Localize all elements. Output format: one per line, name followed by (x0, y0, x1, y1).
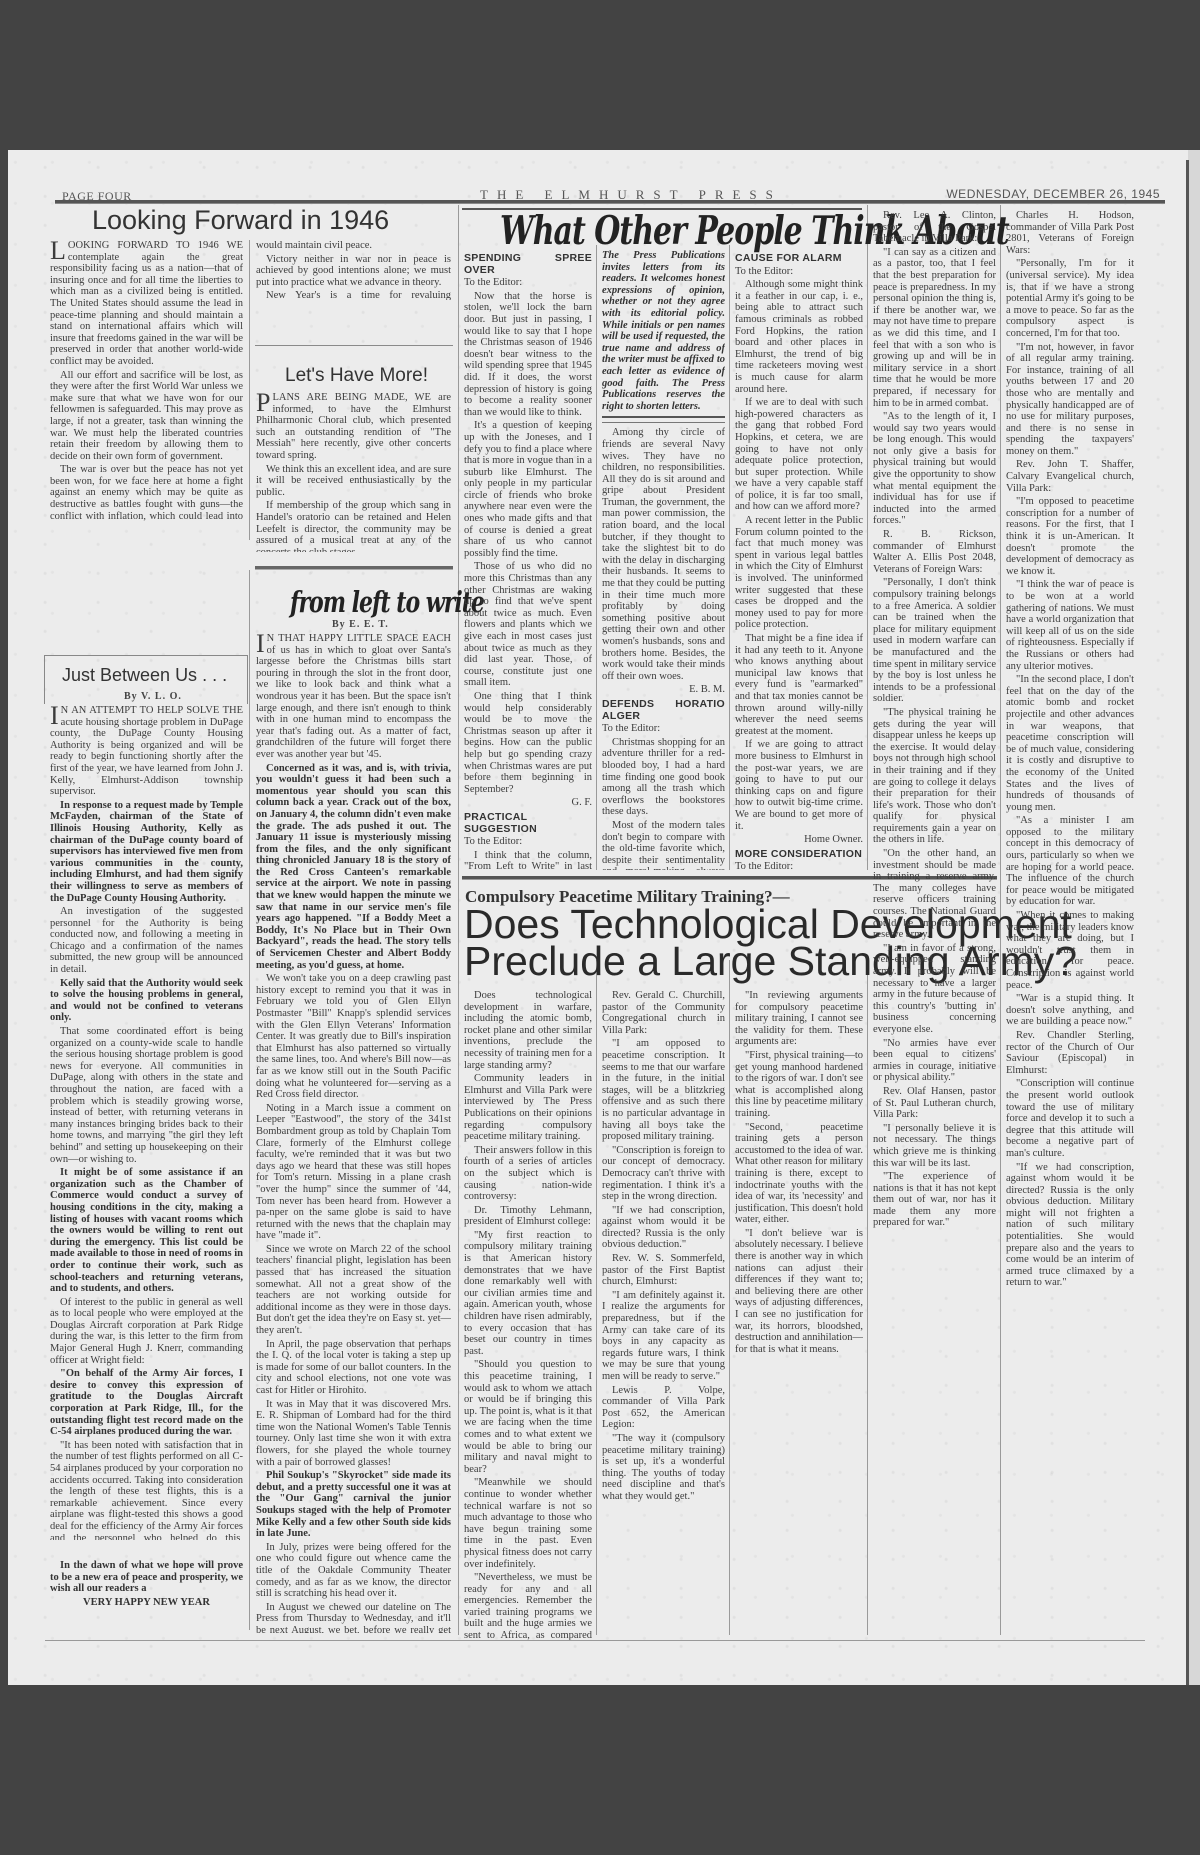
letter-heading: SPENDING SPREE OVER (464, 253, 592, 276)
just-between-us-title: Just Between Us . . . (62, 665, 227, 686)
left-to-write-title: from left to write (290, 586, 484, 620)
column-paragraph: Of interest to the public in general as … (50, 1297, 243, 1367)
letter-paragraph: Christmas shopping for an adventure thri… (602, 737, 725, 818)
feature-column-5: Charles H. Hodson, commander of Villa Pa… (1006, 210, 1134, 1635)
section-rule (255, 345, 453, 346)
feature-paragraph: Community leaders in Elmhurst and Villa … (464, 1073, 592, 1143)
letter-signature: Home Owner. (735, 834, 863, 846)
letter-paragraph: Those of us who did no more this Christm… (464, 561, 592, 689)
feature-paragraph: "I think the war of peace is to be won a… (1006, 579, 1134, 672)
editorial-paragraph: All our effort and sacrifice will be los… (50, 370, 243, 463)
feature-paragraph: "As to the length of it, I would say two… (873, 411, 996, 527)
respondent-name: R. B. Rickson, commander of Elmhurst Wal… (873, 529, 996, 575)
letters-column-1: SPENDING SPREE OVER To the Editor: Now t… (464, 250, 592, 870)
article-paragraph: If membership of the group which sang in… (256, 500, 451, 552)
respondent-name: Charles H. Hodson, commander of Villa Pa… (1006, 210, 1134, 256)
page-bottom-rule (45, 1640, 1145, 1641)
column-paragraph: "It has been noted with satisfaction tha… (50, 1440, 243, 1540)
column-divider (867, 960, 868, 1635)
column-paragraph: Since we wrote on March 22 of the school… (256, 1244, 451, 1337)
letter-salutation: To the Editor: (464, 836, 592, 848)
feature-paragraph: "The experience of nations is that it ha… (873, 1171, 996, 1229)
feature-paragraph: "I'm opposed to peacetime conscription f… (1006, 496, 1134, 577)
section-rule (255, 566, 453, 570)
column-paragraph: In April, the page observation that perh… (256, 1339, 451, 1397)
left-to-write-body: IN THAT HAPPY LITTLE SPACE EACH of us ha… (256, 633, 451, 1633)
letter-paragraph: If we are going to attract more business… (735, 739, 863, 832)
column-paragraph: Concerned as it was, and is, with trivia… (256, 763, 451, 972)
feature-paragraph: "I personally believe it is not necessar… (873, 1123, 996, 1169)
feature-paragraph: Their answers follow in this fourth of a… (464, 1145, 592, 1203)
lets-have-more-body: PLANS ARE BEING MADE, WE are informed, t… (256, 392, 451, 552)
feature-paragraph: "Personally, I'm for it (universal servi… (1006, 258, 1134, 339)
feature-paragraph: "War is a stupid thing. It doesn't solve… (1006, 993, 1134, 1028)
feature-paragraph: "If we had conscription, against whom wo… (1006, 1162, 1134, 1290)
letter-paragraph: One thing that I think would help consid… (464, 691, 592, 795)
letter-paragraph: Although some might think it a feather i… (735, 279, 863, 395)
left-to-write-byline: By E. E. T. (332, 619, 389, 630)
respondent-name: Rev. Olaf Hansen, pastor of St. Paul Lut… (873, 1086, 996, 1121)
letter-salutation: To the Editor: (735, 861, 863, 870)
column-divider (729, 245, 730, 870)
letter-heading: MORE CONSIDERATION (735, 849, 863, 861)
letter-signature: E. B. M. (602, 684, 725, 696)
new-year-greeting: In the dawn of what we hope will prove t… (50, 1560, 243, 1620)
editorial-continuation: would maintain civil peace. Victory neit… (256, 240, 451, 300)
article-paragraph: We think this an excellent idea, and are… (256, 464, 451, 499)
feature-paragraph: "Conscription will continue the present … (1006, 1078, 1134, 1159)
column-paragraph: Noting in a March issue a comment on Lee… (256, 1103, 451, 1242)
respondent-name: Lewis P. Volpe, commander of Villa Park … (602, 1385, 725, 1431)
letter-signature: G. F. (464, 797, 592, 809)
feature-paragraph: "No armies have ever been equal to citiz… (873, 1038, 996, 1084)
feature-paragraph: "I am definitely against it. I realize t… (602, 1290, 725, 1383)
editorial-paragraph: would maintain civil peace. (256, 240, 451, 252)
feature-paragraph: "First, physical training—to get young m… (735, 1050, 863, 1120)
feature-paragraph: "I can say as a citizen and as a pastor,… (873, 247, 996, 409)
feature-paragraph: "Meanwhile we should continue to wonder … (464, 1477, 592, 1570)
letter-paragraph: I think that the column, "From Left to W… (464, 850, 592, 870)
page-edge (1188, 150, 1200, 1685)
column-divider (249, 240, 250, 540)
column-paragraph: That some coordinated effort is being or… (50, 1026, 243, 1165)
letter-paragraph: If we are to deal with such high-powered… (735, 397, 863, 513)
respondent-name: Rev. Gerald C. Churchill, pastor of the … (602, 990, 725, 1036)
just-between-us-byline: By V. L. O. (124, 691, 182, 702)
feature-paragraph: "The way it (compulsory peacetime milita… (602, 1433, 725, 1503)
lets-have-more-title: Let's Have More! (285, 365, 428, 387)
feature-paragraph: "My first reaction to compulsory militar… (464, 1230, 592, 1358)
column-paragraph: We won't take you on a deep crawling pas… (256, 973, 451, 1101)
feature-paragraph: "Should you question to this peacetime t… (464, 1359, 592, 1475)
editorial-paragraph: LOOKING FORWARD TO 1946 WE contemplate a… (50, 240, 243, 368)
masthead-rule (55, 200, 1165, 204)
letter-paragraph: That might be a fine idea if it had any … (735, 633, 863, 737)
column-paragraph: Kelly said that the Authority would seek… (50, 978, 243, 1024)
editorial-paragraph: Victory neither in war nor in peace is a… (256, 254, 451, 289)
column-paragraph: In August we chewed our dateline on The … (256, 1602, 451, 1633)
feature-column-1: Does technological development in warfar… (464, 990, 592, 1640)
feature-paragraph: "I am opposed to peacetime conscription.… (602, 1038, 725, 1142)
letter-heading: PRACTICAL SUGGESTION (464, 812, 592, 835)
feature-paragraph: "When it comes to making war, the milita… (1006, 910, 1134, 991)
letter-salutation: To the Editor: (735, 266, 863, 278)
column-paragraph: An investigation of the suggested person… (50, 906, 243, 976)
feature-paragraph: "In reviewing arguments for compulsory p… (735, 990, 863, 1048)
feature-paragraph: Does technological development in warfar… (464, 990, 592, 1071)
letter-salutation: To the Editor: (602, 723, 725, 735)
column-paragraph: IN THAT HAPPY LITTLE SPACE EACH of us ha… (256, 633, 451, 761)
issue-date: WEDNESDAY, DECEMBER 26, 1945 (946, 187, 1160, 201)
column-paragraph: In response to a request made by Temple … (50, 800, 243, 904)
feature-paragraph: "Nevertheless, we must be ready for any … (464, 1572, 592, 1640)
respondent-name: Rev. Chandler Sterling, rector of the Ch… (1006, 1030, 1134, 1076)
feature-paragraph: "Conscription is foreign to our concept … (602, 1145, 725, 1203)
column-divider (596, 245, 597, 870)
page-fold (1186, 160, 1189, 1685)
letter-paragraph: It's a question of keeping up with the J… (464, 420, 592, 559)
column-paragraph: In July, prizes were being offered for t… (256, 1542, 451, 1600)
letters-column-3: CAUSE FOR ALARM To the Editor: Although … (735, 250, 863, 870)
feature-column-3: "In reviewing arguments for compulsory p… (735, 990, 863, 1640)
feature-paragraph: "I don't believe war is absolutely neces… (735, 1228, 863, 1356)
editorial-body: LOOKING FORWARD TO 1946 WE contemplate a… (50, 240, 243, 522)
column-divider (867, 205, 868, 870)
editor-note: The Press Publications invites letters f… (602, 250, 725, 412)
letter-heading: DEFENDS HORATIO ALGER (602, 699, 725, 722)
editorial-title: Looking Forward in 1946 (92, 205, 389, 236)
note-rule (602, 416, 725, 423)
just-between-us-body: IN AN ATTEMPT TO HELP SOLVE THE acute ho… (50, 705, 243, 1540)
letter-paragraph: Now that the horse is stolen, we'll lock… (464, 291, 592, 419)
respondent-name: Rev. John T. Shaffer, Calvary Evangelica… (1006, 459, 1134, 494)
respondent-name: Rev. W. S. Sommerfeld, pastor of the Fir… (602, 1253, 725, 1288)
column-divider (458, 205, 459, 1635)
column-paragraph: IN AN ATTEMPT TO HELP SOLVE THE acute ho… (50, 705, 243, 798)
feature-paragraph: "As a minister I am opposed to the milit… (1006, 815, 1134, 908)
column-paragraph: It was in May that it was discovered Mrs… (256, 1399, 451, 1469)
feature-paragraph: "Personally, I don't think compulsory tr… (873, 577, 996, 705)
editorial-paragraph: New Year's is a time for revaluing ourse… (256, 290, 451, 300)
column-divider (729, 960, 730, 1635)
feature-paragraph: "I am in favor of a strong, well-equippe… (873, 943, 996, 1036)
letter-heading: CAUSE FOR ALARM (735, 253, 863, 265)
feature-column-2: Rev. Gerald C. Churchill, pastor of the … (602, 990, 725, 1640)
column-paragraph: Phil Soukup's "Skyrocket" side made its … (256, 1470, 451, 1540)
letters-column-2: The Press Publications invites letters f… (602, 250, 725, 870)
feature-paragraph: Dr. Timothy Lehmann, president of Elmhur… (464, 1205, 592, 1228)
closing-text: In the dawn of what we hope will prove t… (50, 1560, 243, 1595)
letter-paragraph: Among thy circle of friends are several … (602, 427, 725, 682)
column-divider (249, 570, 250, 1630)
feature-paragraph: "I'm not, however, in favor of all regul… (1006, 342, 1134, 458)
respondent-name: Rev. Lee A. Clinton, pastor of the Gospe… (873, 210, 996, 245)
letter-salutation: To the Editor: (464, 277, 592, 289)
article-paragraph: PLANS ARE BEING MADE, WE are informed, t… (256, 392, 451, 462)
letter-paragraph: A recent letter in the Public Forum colu… (735, 515, 863, 631)
column-paragraph: It might be of some assistance if an org… (50, 1167, 243, 1295)
feature-paragraph: "On the other hand, an investment should… (873, 848, 996, 941)
column-divider (596, 960, 597, 1635)
letter-paragraph: Most of the modern tales don't begin to … (602, 820, 725, 870)
feature-paragraph: "In the second place, I don't feel that … (1006, 674, 1134, 813)
feature-paragraph: "Second, peacetime training gets a perso… (735, 1122, 863, 1226)
feature-paragraph: "If we had conscription, against whom wo… (602, 1205, 725, 1251)
column-paragraph: "On behalf of the Army Air forces, I des… (50, 1368, 243, 1438)
feature-paragraph: "The physical training he gets during th… (873, 707, 996, 846)
editorial-paragraph: The war is over but the peace has not ye… (50, 464, 243, 522)
closing-line: VERY HAPPY NEW YEAR (50, 1597, 243, 1609)
feature-column-4: Rev. Lee A. Clinton, pastor of the Gospe… (873, 210, 996, 1635)
